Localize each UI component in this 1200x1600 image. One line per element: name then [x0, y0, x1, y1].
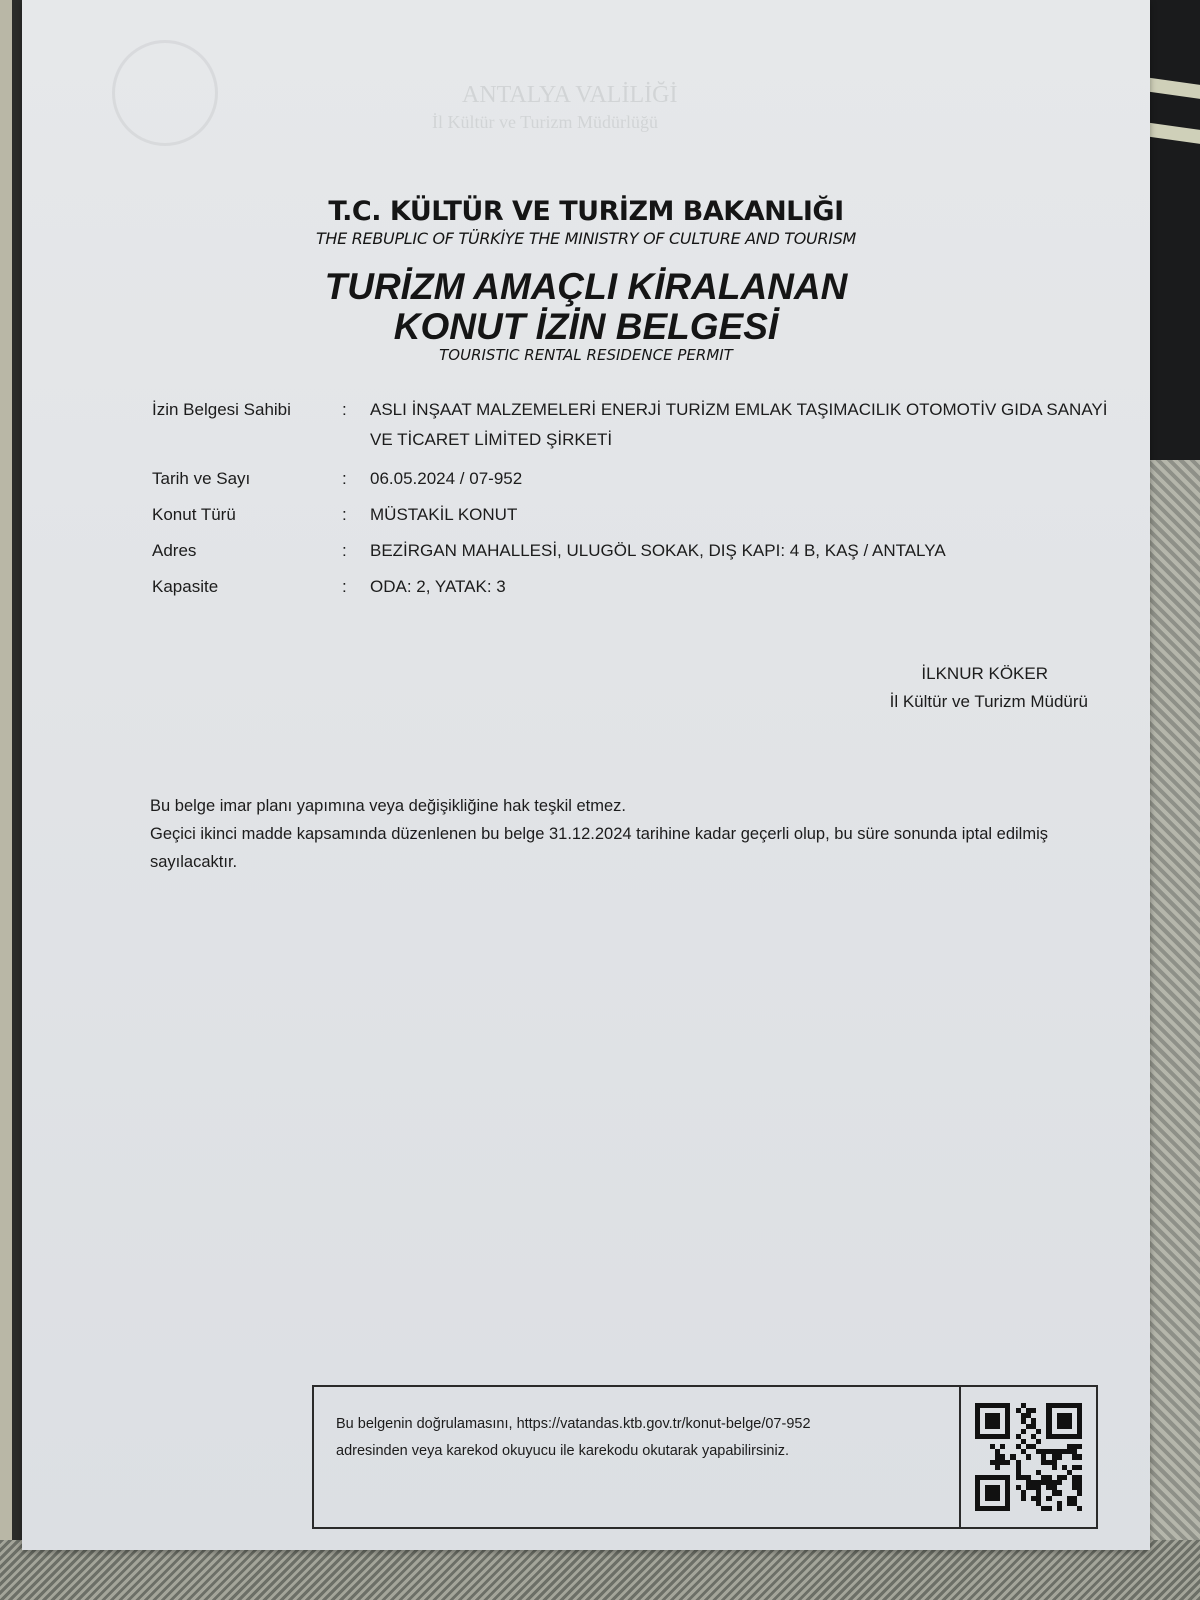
ministry-name: T.C. KÜLTÜR VE TURİZM BAKANLIĞI [22, 196, 1150, 227]
field-value: BEZİRGAN MAHALLESİ, ULUGÖL SOKAK, DIŞ KA… [370, 539, 1130, 563]
qr-code-cell [959, 1387, 1096, 1527]
field-residence-type: Konut Türü : MÜSTAKİL KONUT [152, 503, 1142, 527]
document-notes: Bu belge imar planı yapımına veya değişi… [150, 792, 1130, 876]
permit-document: ANTALYA VALİLİĞİ İl Kültür ve Turizm Müd… [22, 0, 1150, 1550]
signatory-name: İLKNUR KÖKER [22, 664, 1048, 684]
field-label: Konut Türü [152, 503, 342, 527]
field-colon: : [342, 398, 370, 455]
field-value: 06.05.2024 / 07-952 [370, 467, 1130, 491]
qr-code-icon[interactable] [975, 1403, 1083, 1511]
field-date-number: Tarih ve Sayı : 06.05.2024 / 07-952 [152, 467, 1142, 491]
verification-text: Bu belgenin doğrulamasını, https://vatan… [314, 1387, 959, 1527]
field-address: Adres : BEZİRGAN MAHALLESİ, ULUGÖL SOKAK… [152, 539, 1142, 563]
note-validity: Geçici ikinci madde kapsamında düzenlene… [150, 820, 1130, 876]
bleed-through-subheader: İl Kültür ve Turizm Müdürlüğü [432, 112, 658, 133]
document-title-line1: TURİZM AMAÇLI KİRALANAN [22, 266, 1150, 308]
field-label: Kapasite [152, 575, 342, 599]
field-colon: : [342, 467, 370, 491]
field-label: İzin Belgesi Sahibi [152, 398, 342, 455]
document-title-english: TOURISTIC RENTAL RESIDENCE PERMIT [22, 346, 1150, 364]
field-colon: : [342, 575, 370, 599]
field-capacity: Kapasite : ODA: 2, YATAK: 3 [152, 575, 1142, 599]
note-zoning: Bu belge imar planı yapımına veya değişi… [150, 792, 1130, 820]
verification-box: Bu belgenin doğrulamasını, https://vatan… [312, 1385, 1098, 1529]
field-label: Adres [152, 539, 342, 563]
field-value: MÜSTAKİL KONUT [370, 503, 1130, 527]
bleed-through-header: ANTALYA VALİLİĞİ [462, 82, 677, 109]
signatory-title: İl Kültür ve Turizm Müdürü [22, 692, 1088, 712]
permit-fields: İzin Belgesi Sahibi : ASLI İNŞAAT MALZEM… [152, 398, 1142, 611]
verification-url-line: Bu belgenin doğrulamasını, https://vatan… [336, 1411, 937, 1438]
field-permit-holder: İzin Belgesi Sahibi : ASLI İNŞAAT MALZEM… [152, 398, 1142, 455]
field-label: Tarih ve Sayı [152, 467, 342, 491]
bleed-through-seal-icon [112, 40, 218, 146]
field-colon: : [342, 539, 370, 563]
document-title-line2: KONUT İZİN BELGESİ [22, 306, 1150, 348]
field-colon: : [342, 503, 370, 527]
verification-instruction-line: adresinden veya karekod okuyucu ile kare… [336, 1438, 937, 1465]
field-value: ODA: 2, YATAK: 3 [370, 575, 1130, 599]
ministry-name-english: THE REBUPLIC OF TÜRKİYE THE MINISTRY OF … [22, 229, 1150, 248]
field-value: ASLI İNŞAAT MALZEMELERİ ENERJİ TURİZM EM… [370, 395, 1130, 455]
